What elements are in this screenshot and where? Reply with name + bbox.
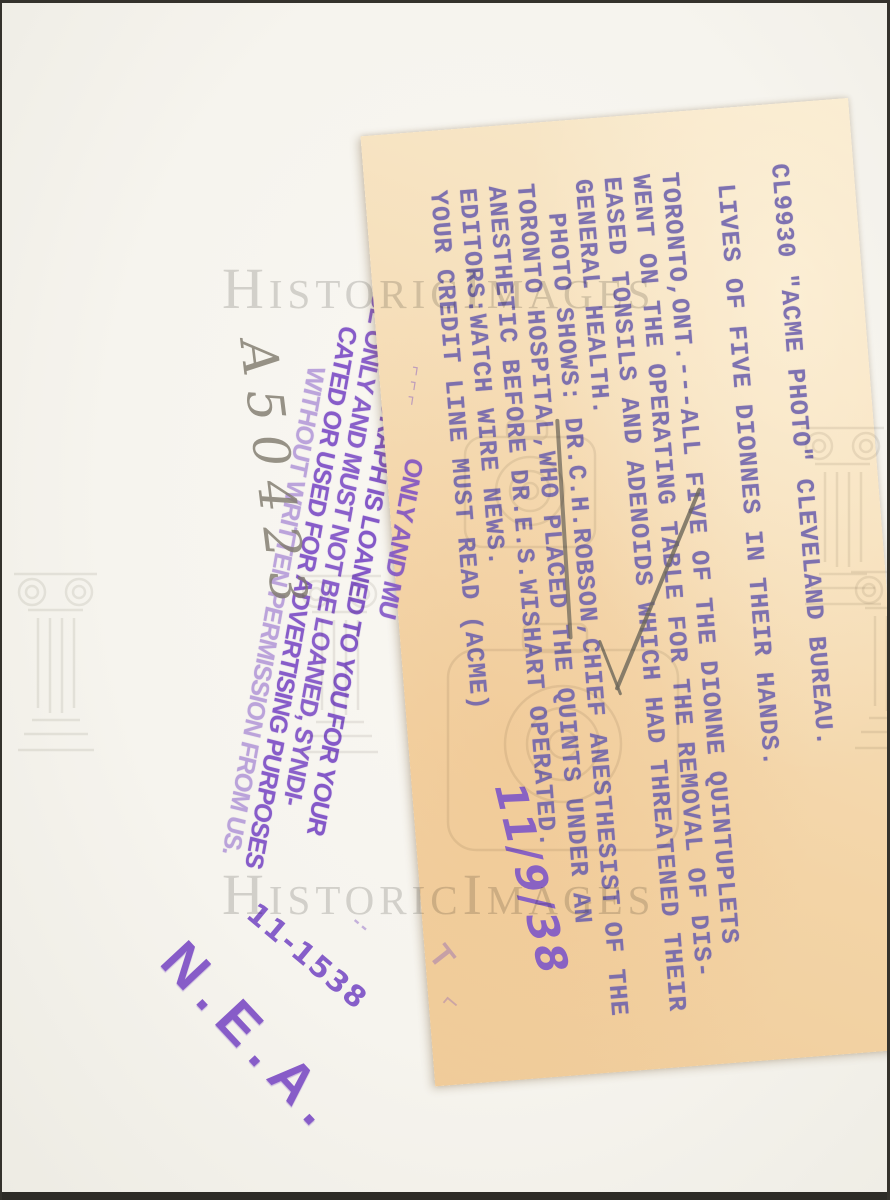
column-ornament-icon [8,558,103,768]
stamp-ink-bleed-marks: ⌐⌐⌐ [400,365,426,412]
faded-ink-dash: -- [347,910,377,940]
caption-slip: CL9930 "ACME PHOTO" CLEVELAND BUREAU. LI… [361,98,890,1086]
scan-border [0,0,890,3]
press-photo-back-scan: THIS PHOTOGRAPH IS LOANED TO YOU FOR YOU… [0,0,890,1200]
scan-border [0,1192,890,1200]
scan-border [0,0,2,1200]
